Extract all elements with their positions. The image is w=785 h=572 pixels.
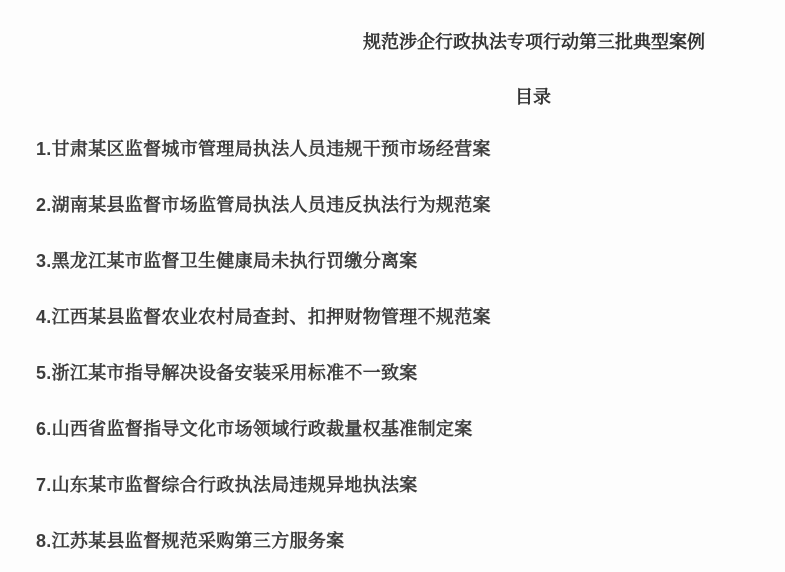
toc-item-3: 3.黑龙江某市监督卫生健康局未执行罚缴分离案 xyxy=(36,251,491,271)
toc-list: 1.甘肃某区监督城市管理局执法人员违规干预市场经营案 2.湖南某县监督市场监管局… xyxy=(36,139,491,551)
toc-item-5: 5.浙江某市指导解决设备安装采用标准不一致案 xyxy=(36,363,491,383)
document-page: 规范涉企行政执法专项行动第三批典型案例 目录 1.甘肃某区监督城市管理局执法人员… xyxy=(0,0,785,572)
toc-item-7: 7.山东某市监督综合行政执法局违规异地执法案 xyxy=(36,475,491,495)
toc-item-8: 8.江苏某县监督规范采购第三方服务案 xyxy=(36,531,491,551)
document-title: 规范涉企行政执法专项行动第三批典型案例 xyxy=(363,32,705,53)
toc-item-1: 1.甘肃某区监督城市管理局执法人员违规干预市场经营案 xyxy=(36,139,491,159)
toc-heading: 目录 xyxy=(515,87,551,108)
toc-item-6: 6.山西省监督指导文化市场领域行政裁量权基准制定案 xyxy=(36,419,491,439)
toc-item-2: 2.湖南某县监督市场监管局执法人员违反执法行为规范案 xyxy=(36,195,491,215)
toc-item-4: 4.江西某县监督农业农村局查封、扣押财物管理不规范案 xyxy=(36,307,491,327)
